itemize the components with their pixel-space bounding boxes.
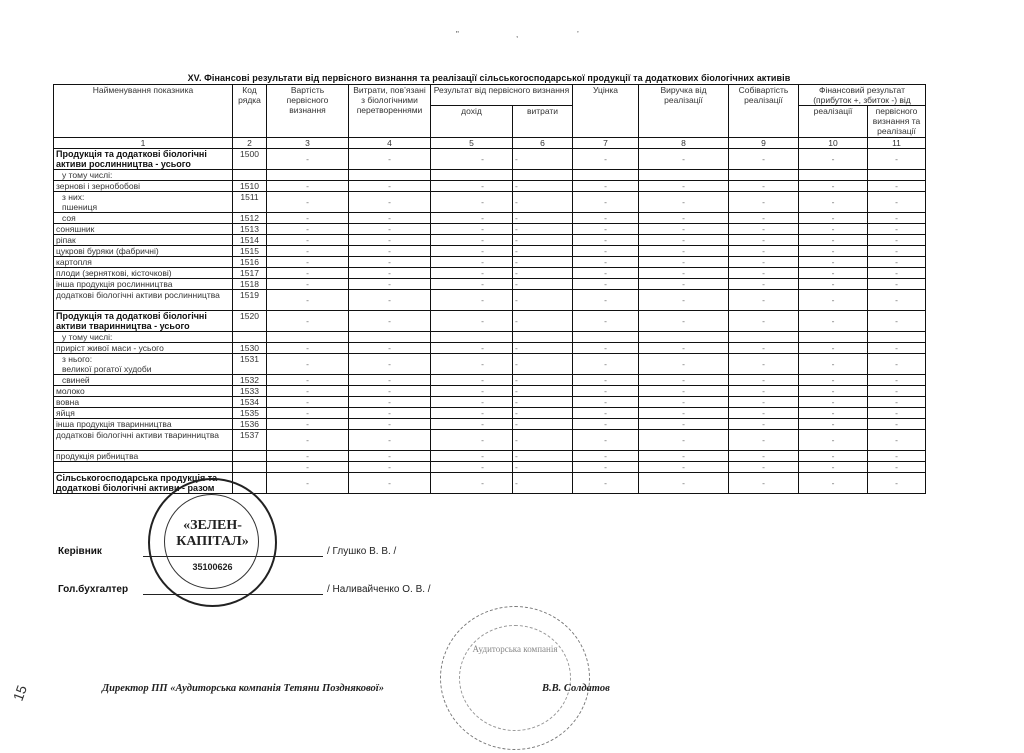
auditor-name: В.В. Солдатов (542, 683, 610, 694)
row-value: - (431, 149, 513, 170)
row-value: - (868, 246, 926, 257)
row-value: - (431, 375, 513, 386)
row-value: - (267, 375, 349, 386)
row-value: - (349, 386, 431, 397)
row-value (639, 170, 729, 181)
row-value: - (267, 192, 349, 213)
row-value: - (513, 290, 573, 311)
row-code: 1516 (233, 257, 267, 268)
row-value: - (267, 430, 349, 451)
row-value: - (267, 419, 349, 430)
row-value: - (868, 354, 926, 375)
table-row: у тому числі: (54, 170, 926, 181)
row-value: - (513, 192, 573, 213)
header-revenue: Виручка від реалізації (639, 85, 729, 138)
scan-mark: ’ (577, 30, 579, 39)
row-value: - (267, 279, 349, 290)
row-code: 1517 (233, 268, 267, 279)
row-name (54, 462, 233, 473)
row-name: зернові і зернобобові (54, 181, 233, 192)
row-value: - (729, 343, 799, 354)
row-value: - (868, 451, 926, 462)
row-value: - (868, 375, 926, 386)
row-value: - (799, 375, 868, 386)
row-value: - (799, 386, 868, 397)
row-value: - (729, 246, 799, 257)
row-value: - (573, 290, 639, 311)
row-value: - (349, 257, 431, 268)
row-value: - (349, 419, 431, 430)
row-value: - (431, 408, 513, 419)
row-name: молоко (54, 386, 233, 397)
auditor-title: Директор ПП «Аудиторська компанія Тетяни… (102, 683, 384, 694)
row-value: - (868, 257, 926, 268)
row-code: 1532 (233, 375, 267, 386)
header-sale-result: реалізації (799, 106, 868, 138)
row-value: - (573, 408, 639, 419)
row-value: - (431, 311, 513, 332)
table-row: --------- (54, 462, 926, 473)
row-value: - (799, 343, 868, 354)
column-number: 10 (799, 138, 868, 149)
row-value: - (513, 354, 573, 375)
table-row: ріпак1514--------- (54, 235, 926, 246)
row-value: - (573, 149, 639, 170)
auditor-stamp: Аудиторська компанія (440, 606, 590, 750)
row-code: 1515 (233, 246, 267, 257)
table-row: соя1512--------- (54, 213, 926, 224)
row-value: - (513, 451, 573, 462)
row-value: - (573, 257, 639, 268)
header-name: Найменування показника (54, 85, 233, 138)
table-row: Продукція та додаткові біологічні активи… (54, 311, 926, 332)
table-row: Продукція та додаткові біологічні активи… (54, 149, 926, 170)
row-value: - (267, 213, 349, 224)
row-value: - (868, 268, 926, 279)
row-value: - (349, 354, 431, 375)
row-value: - (799, 181, 868, 192)
column-number: 9 (729, 138, 799, 149)
row-value (513, 332, 573, 343)
row-value: - (349, 268, 431, 279)
head-name: / Глушко В. В. / (327, 546, 396, 557)
row-value: - (513, 246, 573, 257)
header-initial-result: Результат від первісного визнання (431, 85, 573, 106)
row-code (233, 332, 267, 343)
row-value: - (513, 235, 573, 246)
row-value: - (573, 419, 639, 430)
row-name: у тому числі: (54, 332, 233, 343)
header-initial-value: Вартість первісного визнання (267, 85, 349, 138)
row-value: - (513, 343, 573, 354)
row-value: - (349, 246, 431, 257)
row-value: - (729, 430, 799, 451)
row-code: 1537 (233, 430, 267, 451)
row-value: - (349, 213, 431, 224)
row-value: - (573, 279, 639, 290)
row-value: - (868, 192, 926, 213)
row-value: - (349, 397, 431, 408)
row-name: інша продукція рослинництва (54, 279, 233, 290)
row-code: 1513 (233, 224, 267, 235)
table-row: молоко1533--------- (54, 386, 926, 397)
row-value: - (729, 473, 799, 494)
row-name: продукція рибництва (54, 451, 233, 462)
header-expenses: витрати (513, 106, 573, 138)
row-name: соняшник (54, 224, 233, 235)
row-code: 1535 (233, 408, 267, 419)
row-value: - (267, 397, 349, 408)
header-cost: Собівартість реалізації (729, 85, 799, 138)
row-value: - (868, 408, 926, 419)
row-value: - (799, 451, 868, 462)
row-value: - (868, 149, 926, 170)
row-name: у тому числі: (54, 170, 233, 181)
row-value: - (729, 451, 799, 462)
row-value: - (868, 279, 926, 290)
row-code: 1500 (233, 149, 267, 170)
row-code (233, 170, 267, 181)
row-value: - (431, 386, 513, 397)
row-value: - (868, 386, 926, 397)
row-value: - (729, 386, 799, 397)
table-row: з нього: великої рогатої худоби1531-----… (54, 354, 926, 375)
row-value: - (729, 213, 799, 224)
row-value: - (513, 213, 573, 224)
row-value (573, 332, 639, 343)
row-value: - (431, 235, 513, 246)
row-value: - (573, 386, 639, 397)
header-total-result: первісного визнання та реалізації (868, 106, 926, 138)
column-number: 7 (573, 138, 639, 149)
row-value: - (513, 386, 573, 397)
row-value: - (729, 375, 799, 386)
row-value: - (431, 354, 513, 375)
column-numbers-row: 1234567891011 (54, 138, 926, 149)
row-value: - (573, 375, 639, 386)
row-value: - (639, 246, 729, 257)
row-value: - (267, 235, 349, 246)
row-value: - (349, 343, 431, 354)
row-value: - (513, 408, 573, 419)
row-value: - (729, 235, 799, 246)
row-value: - (868, 343, 926, 354)
row-value: - (799, 473, 868, 494)
row-value (349, 170, 431, 181)
row-name: яйця (54, 408, 233, 419)
row-value: - (639, 354, 729, 375)
row-value: - (267, 386, 349, 397)
row-value: - (799, 419, 868, 430)
row-code: 1531 (233, 354, 267, 375)
header-income: дохід (431, 106, 513, 138)
row-value: - (267, 224, 349, 235)
row-value: - (573, 235, 639, 246)
row-value: - (431, 279, 513, 290)
row-value: - (349, 224, 431, 235)
row-value: - (573, 473, 639, 494)
row-value: - (799, 290, 868, 311)
row-value: - (799, 235, 868, 246)
row-value: - (799, 149, 868, 170)
row-value (267, 332, 349, 343)
row-value: - (267, 354, 349, 375)
row-value: - (639, 268, 729, 279)
table-row: цукрові буряки (фабричні)1515--------- (54, 246, 926, 257)
row-value: - (573, 192, 639, 213)
row-value: - (431, 343, 513, 354)
table-row: приріст живої маси - усього1530--------- (54, 343, 926, 354)
row-value: - (513, 279, 573, 290)
row-name: приріст живої маси - усього (54, 343, 233, 354)
row-value: - (431, 246, 513, 257)
row-value: - (729, 354, 799, 375)
table-row: інша продукція тваринництва1536--------- (54, 419, 926, 430)
row-name: плоди (зерняткові, кісточкові) (54, 268, 233, 279)
row-value: - (267, 343, 349, 354)
row-value: - (639, 224, 729, 235)
row-value: - (639, 375, 729, 386)
row-value: - (639, 181, 729, 192)
table-row: вовна1534--------- (54, 397, 926, 408)
row-value: - (267, 408, 349, 419)
row-value: - (639, 279, 729, 290)
column-number: 5 (431, 138, 513, 149)
row-code: 1519 (233, 290, 267, 311)
row-value (729, 170, 799, 181)
row-code (233, 462, 267, 473)
row-value: - (868, 213, 926, 224)
row-value: - (349, 451, 431, 462)
row-value: - (513, 397, 573, 408)
row-value (799, 332, 868, 343)
row-value (513, 170, 573, 181)
row-name: Продукція та додаткові біологічні активи… (54, 149, 233, 170)
row-value: - (431, 419, 513, 430)
column-number: 1 (54, 138, 233, 149)
row-value: - (573, 213, 639, 224)
row-value: - (349, 473, 431, 494)
row-value: - (431, 268, 513, 279)
row-value (868, 170, 926, 181)
row-value: - (267, 181, 349, 192)
row-code: 1510 (233, 181, 267, 192)
row-name: соя (54, 213, 233, 224)
row-value: - (729, 149, 799, 170)
row-value: - (267, 473, 349, 494)
row-value: - (431, 290, 513, 311)
row-value: - (639, 397, 729, 408)
row-value: - (799, 268, 868, 279)
financial-results-table: Найменування показника Код рядка Вартіст… (53, 84, 926, 494)
row-value: - (799, 257, 868, 268)
row-code: 1530 (233, 343, 267, 354)
row-code: 1514 (233, 235, 267, 246)
row-value: - (513, 375, 573, 386)
row-value: - (573, 181, 639, 192)
table-row: картопля1516--------- (54, 257, 926, 268)
row-value: - (573, 311, 639, 332)
row-name: вовна (54, 397, 233, 408)
table-row: у тому числі: (54, 332, 926, 343)
table-row: продукція рибництва--------- (54, 451, 926, 462)
row-value: - (799, 397, 868, 408)
scan-mark: " (456, 30, 459, 39)
row-value: - (639, 290, 729, 311)
row-value (573, 170, 639, 181)
row-value: - (573, 430, 639, 451)
row-value (799, 170, 868, 181)
section-title: XV. Фінансові результати від первісного … (53, 73, 925, 83)
row-value: - (639, 343, 729, 354)
row-value: - (729, 224, 799, 235)
accountant-label: Гол.бухгалтер (58, 584, 128, 595)
row-value: - (349, 290, 431, 311)
row-value: - (868, 430, 926, 451)
row-value: - (639, 235, 729, 246)
row-name: з них: пшениця (54, 192, 233, 213)
row-value: - (513, 257, 573, 268)
row-value: - (431, 473, 513, 494)
row-value: - (513, 462, 573, 473)
row-name: ріпак (54, 235, 233, 246)
row-value: - (267, 311, 349, 332)
table-row: додаткові біологічні активи тваринництва… (54, 430, 926, 451)
row-value: - (639, 408, 729, 419)
header-code: Код рядка (233, 85, 267, 138)
row-value (349, 332, 431, 343)
row-code: 1534 (233, 397, 267, 408)
row-code: 1533 (233, 386, 267, 397)
table-row: додаткові біологічні активи рослинництва… (54, 290, 926, 311)
row-value: - (349, 408, 431, 419)
row-value (431, 332, 513, 343)
row-value: - (868, 311, 926, 332)
row-value: - (799, 430, 868, 451)
page-number: 15 (10, 683, 30, 703)
accountant-name: / Наливайченко О. В. / (327, 584, 431, 595)
row-value: - (729, 290, 799, 311)
row-value: - (513, 311, 573, 332)
row-name: Продукція та додаткові біологічні активи… (54, 311, 233, 332)
row-value: - (799, 311, 868, 332)
scan-mark: , (516, 30, 518, 39)
row-value: - (349, 375, 431, 386)
row-value: - (868, 235, 926, 246)
row-value (729, 332, 799, 343)
row-value: - (513, 181, 573, 192)
row-value: - (799, 462, 868, 473)
row-code: 1512 (233, 213, 267, 224)
row-value: - (639, 430, 729, 451)
row-name: цукрові буряки (фабричні) (54, 246, 233, 257)
column-number: 3 (267, 138, 349, 149)
auditor-stamp-text: Аудиторська компанія (471, 643, 559, 655)
row-value: - (639, 473, 729, 494)
column-number: 8 (639, 138, 729, 149)
row-code: 1520 (233, 311, 267, 332)
row-value (431, 170, 513, 181)
row-value: - (799, 279, 868, 290)
row-code: 1518 (233, 279, 267, 290)
row-value: - (513, 149, 573, 170)
row-value: - (267, 268, 349, 279)
table-row: інша продукція рослинництва1518--------- (54, 279, 926, 290)
row-value: - (513, 268, 573, 279)
row-value: - (349, 149, 431, 170)
row-value: - (639, 311, 729, 332)
row-value: - (573, 246, 639, 257)
header-markdown: Уцінка (573, 85, 639, 138)
column-number: 4 (349, 138, 431, 149)
row-value: - (267, 246, 349, 257)
company-stamp-name: «ЗЕЛЕН- КАПІТАЛ» (170, 518, 255, 550)
head-label: Керівник (58, 546, 102, 557)
row-value: - (799, 408, 868, 419)
row-value: - (349, 181, 431, 192)
row-value (639, 332, 729, 343)
column-number: 11 (868, 138, 926, 149)
row-value: - (431, 181, 513, 192)
row-value: - (431, 257, 513, 268)
row-value: - (431, 192, 513, 213)
row-value: - (868, 419, 926, 430)
row-value: - (729, 311, 799, 332)
row-value: - (349, 430, 431, 451)
row-value: - (868, 473, 926, 494)
table-row: свиней1532--------- (54, 375, 926, 386)
header-bio-costs: Витрати, пов’язані з біологічними перетв… (349, 85, 431, 138)
row-value: - (729, 268, 799, 279)
row-value: - (431, 451, 513, 462)
row-value: - (349, 462, 431, 473)
row-name: додаткові біологічні активи тваринництва (54, 430, 233, 451)
row-value: - (639, 149, 729, 170)
row-value: - (267, 257, 349, 268)
row-value: - (729, 397, 799, 408)
row-value: - (573, 451, 639, 462)
row-value: - (639, 462, 729, 473)
row-value: - (868, 224, 926, 235)
row-code: 1536 (233, 419, 267, 430)
row-value: - (573, 397, 639, 408)
row-name: картопля (54, 257, 233, 268)
row-value: - (639, 451, 729, 462)
row-value: - (349, 311, 431, 332)
row-name: з нього: великої рогатої худоби (54, 354, 233, 375)
row-value: - (868, 290, 926, 311)
row-value: - (573, 343, 639, 354)
row-value: - (267, 290, 349, 311)
table-row: соняшник1513--------- (54, 224, 926, 235)
row-value: - (349, 235, 431, 246)
header-financial-result: Фінансовий результат (прибуток +, збиток… (799, 85, 926, 106)
row-value: - (799, 354, 868, 375)
row-value: - (431, 213, 513, 224)
row-value: - (799, 213, 868, 224)
row-value: - (349, 192, 431, 213)
row-value: - (799, 224, 868, 235)
row-name: інша продукція тваринництва (54, 419, 233, 430)
row-value: - (431, 462, 513, 473)
row-value: - (267, 451, 349, 462)
row-code: 1511 (233, 192, 267, 213)
row-value: - (573, 268, 639, 279)
table-row: плоди (зерняткові, кісточкові)1517------… (54, 268, 926, 279)
row-value: - (349, 279, 431, 290)
table-row: з них: пшениця1511--------- (54, 192, 926, 213)
row-value: - (267, 149, 349, 170)
